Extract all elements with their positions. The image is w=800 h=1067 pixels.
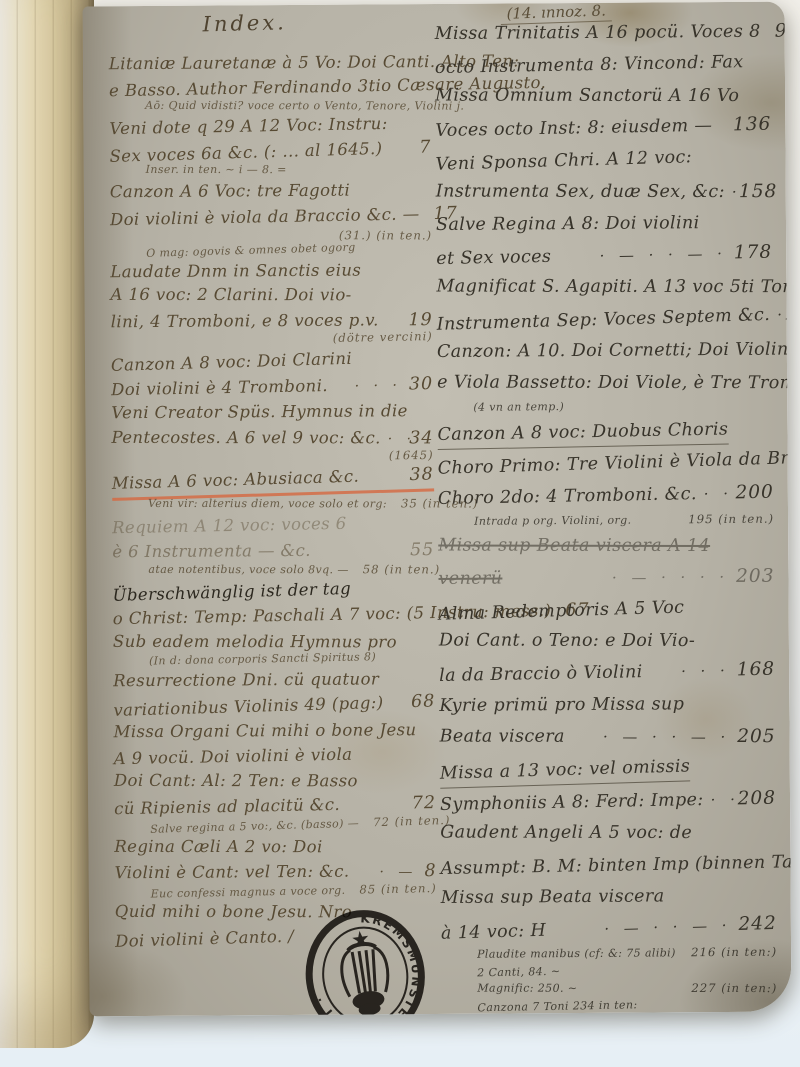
dot-leaders	[665, 901, 777, 902]
dot-leaders	[111, 342, 333, 346]
index-entry: Missa sup Beata viscera A 14	[438, 532, 774, 560]
entry-text: Violini è Cant: vel Ten: &c.	[114, 860, 349, 886]
manuscript-page: Index. (14. ınnoz. 8. Litaniæ Lauretanæ …	[82, 2, 791, 1017]
dot-leaders: · — · · — ·	[546, 914, 739, 943]
entry-text: (In d: dona corporis Sancti Spiritus 8)	[149, 651, 376, 670]
entry-text: Laudate Dnm in Sanctis eius	[110, 258, 361, 285]
dot-leaders: · — · · — ·	[565, 726, 737, 749]
index-entry: Laudate Dnm in Sanctis eius	[110, 258, 432, 285]
entry-text: è 6 Instrumenta — &c.	[112, 539, 311, 565]
page-number: 185(3	[784, 298, 792, 328]
index-entry: Choro Primo: Tre Violini è Viola da Brac…	[437, 446, 774, 483]
entry-text: Requiem A 12 voc: voces 6	[112, 512, 347, 541]
entry-text: Kyrie primü pro Missa sup	[439, 691, 684, 720]
dot-leaders	[383, 153, 420, 154]
entry-text: Choro 2do: 4 Tromboni. &c.	[438, 481, 697, 513]
dot-leaders: · — · · · ·	[502, 566, 736, 591]
dot-leaders	[359, 480, 409, 481]
entry-text: Veni Sponsa Chri. A 12 voc:	[435, 144, 692, 179]
index-entry: et Sex voces · — · · — · 178	[436, 238, 772, 273]
entry-text: Gaudent Angeli A 5 voc: de	[440, 820, 692, 848]
dot-leaders	[376, 659, 435, 660]
entry-text: et Sex voces	[436, 244, 552, 273]
dot-leaders: · · · ·	[381, 429, 410, 450]
index-entry: (4 vn an temp.)	[437, 399, 773, 416]
dot-leaders	[311, 555, 410, 556]
page-number: 242	[738, 910, 777, 940]
page-number: 136	[733, 111, 772, 140]
entry-text: Missa Omnium Sanctorü A 16 Vo	[435, 82, 739, 110]
index-entry: Instrumenta Sex, duæ Sex, &c: · · · · 15…	[436, 177, 772, 206]
index-entry: Missa sup Beata viscera	[441, 883, 777, 912]
entry-text: à 14 voc: H	[441, 918, 547, 948]
entry-text: A 16 voc: 2 Clarini. Doi vio-	[110, 283, 351, 308]
dot-leaders	[564, 409, 773, 410]
index-entry: Salve Regina A 8: Doi violini	[436, 209, 772, 238]
index-entry: Intrada p org. Violini, org. 195 (in ten…	[438, 512, 774, 530]
entry-text: Doi violini è Canto. /	[115, 925, 295, 955]
entry-text: Alma Redemptoris A 5 Voc	[438, 594, 684, 628]
entry-text: Canzon A 8 voc: Duobus Choris	[437, 416, 728, 450]
entry-text: Magnificat S. Agapiti. A 13 voc 5ti Toni…	[436, 274, 791, 302]
dot-leaders: · — · · — ·	[551, 242, 734, 269]
dot-leaders	[692, 160, 771, 162]
page-number: 72 (in ten.)	[373, 813, 451, 831]
index-entry: Magnificat S. Agapiti. A 13 voc 5ti Toni…	[436, 274, 772, 302]
index-entry: Beata viscera · — · · — · 205	[440, 722, 776, 751]
entry-text: Inser. in ten. ~ i — 8. =	[146, 163, 287, 178]
page-number: 55	[410, 537, 434, 563]
book-gutter	[0, 0, 94, 1048]
entry-text: Plaudite manibus (cf: &: 75 alibi)	[477, 946, 676, 962]
entry-text: venerü	[438, 565, 502, 593]
entry-text: Missa sup Beata viscera A 14	[438, 532, 710, 560]
entry-text: Pentecostes. A 6 vel 9 voc: &c.	[111, 426, 380, 451]
entry-text: la da Braccio ò Violini	[439, 659, 643, 690]
entry-text: atae notentibus, voce solo 8vq. —	[148, 563, 348, 578]
index-entry: la da Braccio ò Violini · · · 168	[439, 656, 775, 691]
index-entry: è 6 Instrumenta — &c. 55	[112, 537, 434, 565]
index-entry: Missa a 13 voc: vel omissis	[439, 750, 776, 788]
dot-leaders	[352, 362, 433, 364]
entry-text: Instrumenta Sep: Voces Septem &c.	[436, 301, 770, 338]
entry-text: Doi Cant. o Teno: e Doi Vio-	[439, 627, 695, 655]
entry-text: octo Instrumenta 8: Vincond: Fax	[435, 49, 744, 82]
dot-leaders	[384, 707, 411, 708]
dot-leaders	[700, 227, 772, 228]
index-entry: A 16 voc: 2 Clarini. Doi vio-	[110, 283, 432, 308]
entry-text: Regina Cæli A 2 vo: Doi	[114, 834, 322, 859]
right-column: Missa Trinitatis A 16 pocü. Voces 8 99 o…	[435, 18, 778, 1017]
page-number: 99	[775, 17, 792, 46]
page-number: 195 (in ten.)	[688, 512, 774, 528]
dot-leaders	[561, 971, 778, 975]
entry-text: Instrumenta Sex, duæ Sex, &c:	[436, 178, 725, 206]
index-entry: Symphoniis A 8: Ferd: Impe: · · 208	[440, 784, 776, 819]
index-entry: e Viola Bassetto: Doi Viole, è Tre Tromb…	[437, 369, 773, 398]
index-entry: Canzona 7 Toni 234 in ten:	[441, 995, 777, 1016]
dot-leaders	[690, 768, 776, 771]
page-number: 227 (in ten:)	[691, 981, 777, 997]
page-number: 158	[739, 178, 777, 207]
entry-text: Canzon: A 10. Doi Cornetti; Doi Violini	[437, 337, 792, 367]
index-entry: Canzon: A 10. Doi Cornetti; Doi Violini	[437, 337, 773, 366]
entry-text: Doi violini è 4 Tromboni.	[111, 374, 328, 403]
dot-leaders	[112, 459, 389, 461]
page-number: 205	[737, 723, 775, 752]
page-number: 203	[736, 563, 775, 592]
index-entry: Assumpt: B. M: binten Imp (binnen Tax) ·…	[440, 848, 776, 883]
page-number: 178	[734, 238, 773, 267]
dot-leaders	[347, 527, 434, 529]
entry-text: Veni Creator Spüs. Hymnus in die	[111, 399, 408, 426]
dot-leaders	[350, 195, 432, 196]
index-entry: Veni Sponsa Chri. A 12 voc:	[435, 142, 772, 179]
index-entry: Alma Redemptoris A 5 Voc	[438, 592, 775, 629]
left-column: Litaniæ Lauretanæ à 5 Vo: Doi Canti. Alt…	[109, 50, 437, 951]
entry-text: Veni vir: alterius diem, voce solo et or…	[148, 497, 387, 512]
page-number: 38	[409, 461, 434, 488]
dot-leaders	[744, 66, 771, 67]
entry-text: e Viola Bassetto: Doi Viole, è Tre Tromb…	[437, 370, 791, 398]
index-entry: Veni Creator Spüs. Hymnus in die	[111, 399, 433, 426]
index-entry: o Christ: Temp: Paschali A 7 voc: (5 Ins…	[113, 601, 435, 633]
index-title: Index.	[202, 10, 287, 36]
entry-text: Beata viscera	[440, 723, 565, 750]
entry-text: Intrada p org. Violini, org.	[474, 514, 631, 530]
index-entry: Missa Trinitatis A 16 pocü. Voces 8 99	[435, 18, 771, 49]
dot-leaders	[353, 758, 436, 760]
page-number: 68	[411, 688, 436, 715]
dot-leaders	[388, 128, 432, 129]
entry-text: 2 Canti, 84. ~	[477, 965, 561, 981]
entry-text: A 9 vocü. Doi violini è viola	[114, 743, 353, 772]
dot-leaders	[356, 248, 432, 250]
page-number: 7	[419, 134, 432, 161]
entry-text: Doi Cant: Al: 2 Ten: e Basso	[114, 769, 358, 794]
index-entry: Inser. in ten. ~ i — 8. =	[110, 163, 432, 178]
index-entry: 2 Canti, 84. ~	[441, 961, 777, 982]
index-entry: Doi Cant. o Teno: e Doi Vio-	[439, 627, 775, 655]
page-number: 216 (in ten:)	[691, 945, 777, 961]
dot-leaders	[728, 434, 773, 435]
entry-text: Canzon A 6 Voc: tre Fagotti	[110, 179, 351, 205]
abbey-stamp: KREMSMÜNSTER · STIFT ·	[293, 899, 438, 1017]
entry-text: Salve Regina A 8: Doi violini	[436, 210, 700, 239]
index-entry: octo Instrumenta 8: Vincond: Fax	[435, 48, 771, 82]
page-number: 85 (in ten.)	[359, 881, 437, 898]
index-entry: à 14 voc: H · — · · — · 242	[441, 910, 778, 949]
entry-text: Canzona 7 Toni 234 in ten:	[477, 998, 637, 1016]
page-number: 208	[737, 784, 776, 813]
entry-text: Missa sup Beata viscera	[441, 884, 665, 913]
index-entry: Plaudite manibus (cf: &: 75 alibi) 216 (…	[441, 945, 777, 963]
entry-text: Assumpt: B. M: binten Imp (binnen Tax)	[440, 848, 791, 882]
page-number: 168	[736, 656, 775, 685]
dot-leaders	[351, 591, 434, 593]
dot-leaders	[340, 809, 412, 810]
index-entry: Magnific: 250. ~ 227 (in ten:)	[441, 980, 777, 996]
photo-background: Index. (14. ınnoz. 8. Litaniæ Lauretanæ …	[0, 0, 800, 1067]
entry-text: Magnific: 250. ~	[477, 981, 577, 996]
entry-text: Choro Primo: Tre Violini è Viola da Brac…	[437, 444, 791, 483]
dot-leaders: · · ·	[643, 659, 737, 684]
dot-leaders: · · ·	[328, 375, 409, 398]
page-number: 30	[409, 371, 434, 398]
entry-text: Voces octo Inst: 8: eiusdem —	[435, 113, 712, 145]
index-entry: A 9 vocü. Doi violini è viola	[114, 741, 436, 772]
index-entry: Veni vir: alterius diem, voce solo et or…	[112, 496, 434, 512]
index-entry: Kyrie primü pro Missa sup	[439, 690, 775, 719]
lyre-icon	[337, 928, 393, 1016]
dot-leaders: · — —	[770, 303, 785, 326]
page-number: 200	[735, 479, 774, 508]
index-entry: Instrumenta Sep: Voces Septem &c. · — — …	[436, 300, 773, 339]
index-entry: Canzon A 8 voc: Duobus Choris	[437, 416, 773, 451]
index-entry: Missa Omnium Sanctorü A 16 Vo	[435, 82, 771, 110]
entry-text: Symphoniis A 8: Ferd: Impe:	[440, 787, 704, 819]
entry-text: (4 vn an temp.)	[473, 400, 564, 415]
dot-leaders	[684, 610, 774, 613]
entry-text: Missa A 6 voc: Abusiaca &c.	[111, 464, 359, 496]
dot-leaders: · · · ·	[725, 181, 739, 204]
index-entry: Litaniæ Lauretanæ à 5 Vo: Doi Canti. Alt…	[109, 50, 431, 77]
index-entry: Voces octo Inst: 8: eiusdem — 136	[435, 111, 771, 146]
index-entry: Gaudent Angeli A 5 voc: de	[440, 820, 776, 848]
index-entry: venerü · — · · · · 203	[438, 563, 774, 594]
dot-leaders	[638, 1005, 778, 1008]
dot-leaders	[684, 708, 775, 709]
dot-leaders: · · ·	[697, 483, 736, 507]
entry-text: Missa Trinitatis A 16 pocü. Voces 8	[435, 19, 761, 48]
dot-leaders: · ·	[703, 788, 737, 812]
index-entry: Choro 2do: 4 Tromboni. &c. · · · 200	[438, 479, 774, 514]
index-entry: Regina Cæli A 2 vo: Doi	[114, 834, 436, 859]
entry-text: Missa a 13 voc: vel omissis	[439, 753, 690, 789]
